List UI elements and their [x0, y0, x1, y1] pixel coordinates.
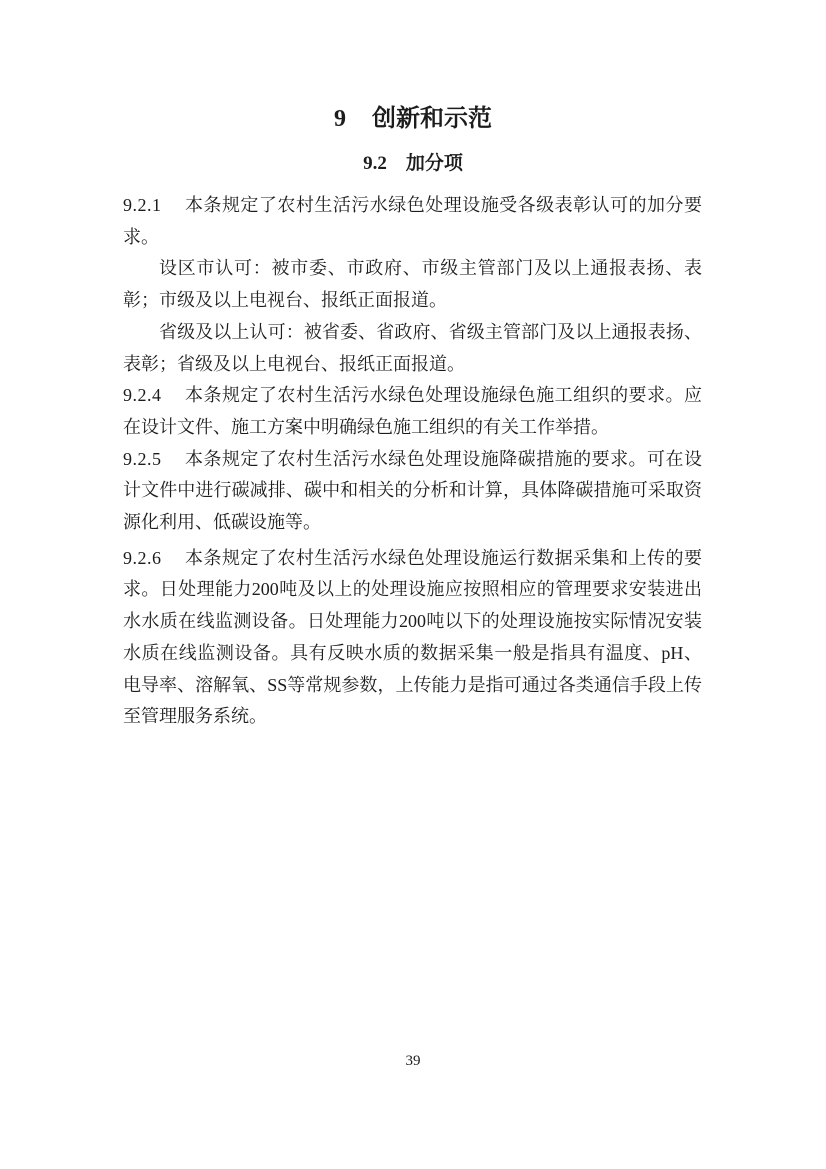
- document-body: 9.2.1本条规定了农村生活污水绿色处理设施受各级表彰认可的加分要求。设区市认可…: [123, 190, 702, 733]
- clause-paragraph: 9.2.4本条规定了农村生活污水绿色处理设施绿色施工组织的要求。应在设计文件、施…: [123, 380, 702, 443]
- clause-text: 省级及以上认可：被省委、省政府、省级主管部门及以上通报表扬、表彰；省级及以上电视…: [123, 322, 702, 374]
- clause-text: 本条规定了农村生活污水绿色处理设施运行数据采集和上传的要求。日处理能力200吨及…: [123, 548, 702, 727]
- clause-paragraph: 9.2.6本条规定了农村生活污水绿色处理设施运行数据采集和上传的要求。日处理能力…: [123, 543, 702, 733]
- chapter-number: 9: [334, 106, 346, 132]
- clause-number: 9.2.1: [123, 195, 162, 215]
- clause-number: 9.2.4: [123, 385, 162, 405]
- clause-text: 本条规定了农村生活污水绿色处理设施受各级表彰认可的加分要求。: [123, 195, 702, 247]
- page-number: 39: [0, 1051, 826, 1071]
- clause-number: 9.2.5: [123, 449, 162, 469]
- section-heading: 9.2加分项: [0, 150, 826, 177]
- section-number: 9.2: [363, 153, 387, 174]
- document-page: 9创新和示范 9.2加分项 9.2.1本条规定了农村生活污水绿色处理设施受各级表…: [0, 0, 826, 1169]
- clause-text: 本条规定了农村生活污水绿色处理设施降碳措施的要求。可在设计文件中进行碳减排、碳中…: [123, 449, 702, 532]
- clause-text: 本条规定了农村生活污水绿色处理设施绿色施工组织的要求。应在设计文件、施工方案中明…: [123, 385, 702, 437]
- clause-text: 设区市认可：被市委、市政府、市级主管部门及以上通报表扬、表彰；市级及以上电视台、…: [123, 258, 702, 310]
- clause-paragraph: 9.2.5本条规定了农村生活污水绿色处理设施降碳措施的要求。可在设计文件中进行碳…: [123, 444, 702, 539]
- sub-paragraph: 设区市认可：被市委、市政府、市级主管部门及以上通报表扬、表彰；市级及以上电视台、…: [123, 253, 702, 316]
- clause-number: 9.2.6: [123, 548, 162, 568]
- clause-paragraph: 9.2.1本条规定了农村生活污水绿色处理设施受各级表彰认可的加分要求。: [123, 190, 702, 253]
- chapter-heading: 9创新和示范: [0, 0, 826, 136]
- sub-paragraph: 省级及以上认可：被省委、省政府、省级主管部门及以上通报表扬、表彰；省级及以上电视…: [123, 317, 702, 380]
- section-title: 加分项: [406, 153, 463, 174]
- chapter-title: 创新和示范: [372, 105, 492, 132]
